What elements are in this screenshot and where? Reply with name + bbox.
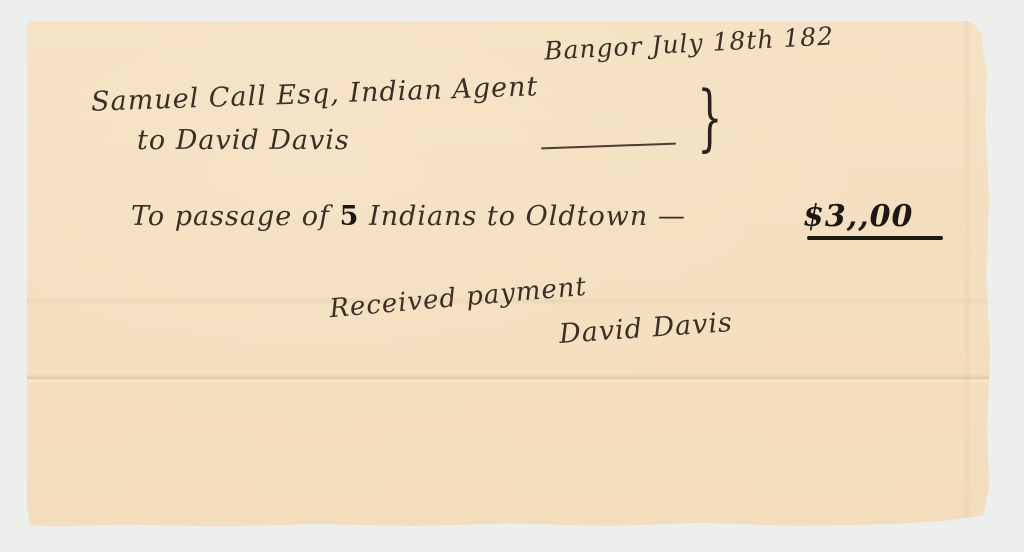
place-date: Bangor July 18th 182 bbox=[543, 21, 834, 65]
fold-line-right bbox=[963, 21, 971, 528]
payee-rule-line bbox=[541, 143, 676, 150]
payee-line: to David Davis bbox=[137, 125, 350, 156]
item-amount: $3,,00 bbox=[803, 199, 913, 234]
item-prefix: To passage of bbox=[131, 201, 330, 232]
item-count: 5 bbox=[340, 201, 360, 232]
payee-prefix: to bbox=[137, 125, 166, 156]
fold-line-main bbox=[27, 374, 993, 384]
brace-glyph: } bbox=[697, 81, 722, 153]
paper-sheet: Bangor July 18th 182 Samuel Call Esq, In… bbox=[27, 21, 993, 528]
amount-underline bbox=[807, 236, 943, 240]
payee-name: David Davis bbox=[176, 125, 350, 156]
signature: David Davis bbox=[558, 307, 734, 350]
item-description: Indians to Oldtown — bbox=[369, 201, 686, 232]
line-item: To passage of 5 Indians to Oldtown — bbox=[131, 201, 686, 232]
document-scan: Bangor July 18th 182 Samuel Call Esq, In… bbox=[0, 0, 1024, 552]
receipt-note: Received payment bbox=[328, 272, 588, 324]
payer-name: Samuel Call Esq, Indian Agent bbox=[91, 71, 539, 118]
